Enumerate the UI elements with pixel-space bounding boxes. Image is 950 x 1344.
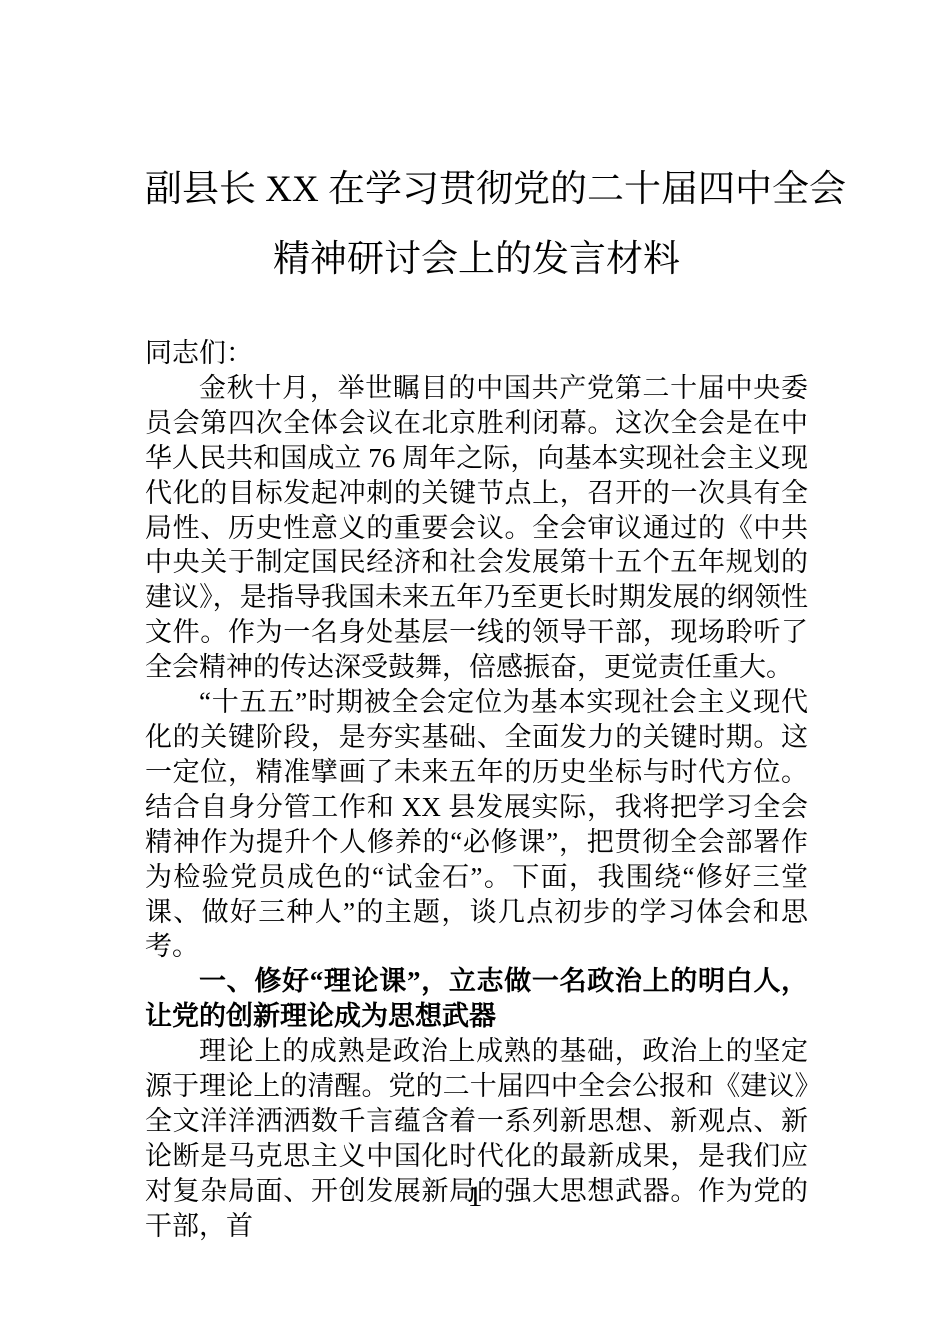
document-title-line-1: 副县长 XX 在学习贯彻党的二十届四中全会 (145, 155, 808, 225)
document-page: 副县长 XX 在学习贯彻党的二十届四中全会 精神研讨会上的发言材料 同志们： 金… (0, 0, 950, 1344)
document-title: 副县长 XX 在学习贯彻党的二十届四中全会 精神研讨会上的发言材料 (145, 155, 808, 295)
paragraph-1: 金秋十月，举世瞩目的中国共产党第二十届中央委员会第四次全体会议在北京胜利闭幕。这… (145, 371, 808, 685)
document-body: 同志们： 金秋十月，举世瞩目的中国共产党第二十届中央委员会第四次全体会议在北京胜… (145, 336, 808, 1244)
document-content: 副县长 XX 在学习贯彻党的二十届四中全会 精神研讨会上的发言材料 同志们： 金… (145, 0, 808, 1244)
page-number: 1 (0, 1180, 950, 1214)
paragraph-2: “十五五”时期被全会定位为基本实现社会主义现代化的关键阶段，是夯实基础、全面发力… (145, 685, 808, 964)
section-heading-1: 一、修好“理论课”，立志做一名政治上的明白人，让党的创新理论成为思想武器 (145, 964, 808, 1034)
salutation: 同志们： (145, 336, 808, 371)
document-title-line-2: 精神研讨会上的发言材料 (145, 225, 808, 295)
